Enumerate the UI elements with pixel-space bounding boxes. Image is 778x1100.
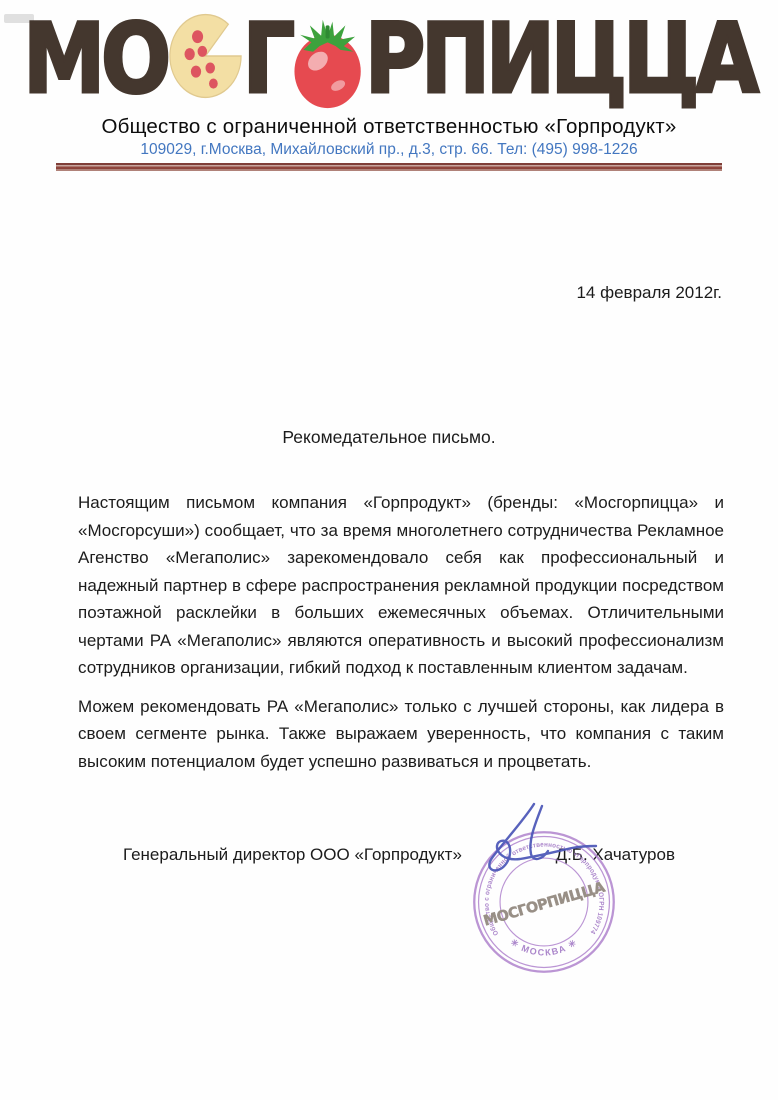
company-name-line: Общество с ограниченной ответственностью…: [0, 115, 778, 139]
scanned-letter-page: МО Г РПИЦЦА Общество с огр: [0, 0, 778, 1100]
signature-ink: [468, 800, 608, 892]
letter-date: 14 февраля 2012г.: [576, 283, 722, 303]
tomato-icon: [287, 14, 368, 112]
svg-text:✳ МОСКВА ✳: ✳ МОСКВА ✳: [509, 937, 580, 958]
pizza-icon: [166, 10, 245, 102]
mosgorpizza-logo: МО Г РПИЦЦА: [23, 10, 755, 108]
letter-body: Настоящим письмом компания «Горпродукт» …: [78, 489, 724, 786]
logo-letters-rpizza: РПИЦЦА: [365, 11, 755, 107]
logo-letters-mo: МО: [23, 11, 167, 107]
letter-paragraph: Можем рекомендовать РА «Мегаполис» тольк…: [78, 693, 724, 776]
stamp-city-text: ✳ МОСКВА ✳: [509, 937, 580, 958]
letterhead-divider: [56, 163, 722, 171]
logo-letter-g: Г: [243, 11, 291, 107]
letter-paragraph: Настоящим письмом компания «Горпродукт» …: [78, 489, 724, 682]
signoff-role: Генеральный директор ООО «Горпродукт»: [123, 845, 462, 865]
letter-title: Рекомедательное письмо.: [0, 427, 778, 448]
company-address-line: 109029, г.Москва, Михайловский пр., д.3,…: [0, 141, 778, 159]
